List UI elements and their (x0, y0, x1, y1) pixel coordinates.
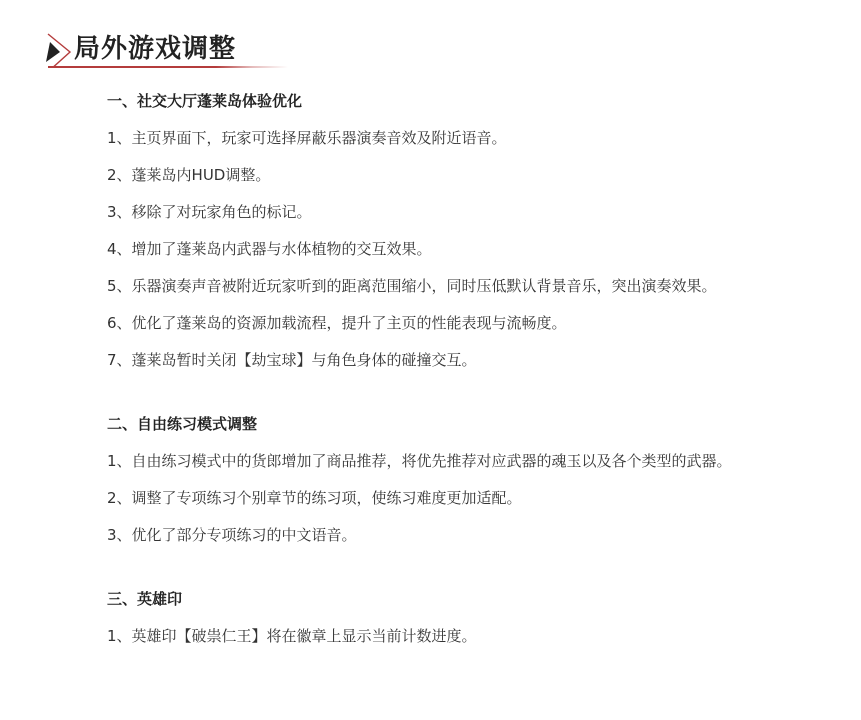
list-item: 1、英雄印【破祟仁王】将在徽章上显示当前计数进度。 (107, 623, 847, 649)
list-item: 6、优化了蓬莱岛的资源加载流程，提升了主页的性能表现与流畅度。 (107, 310, 847, 336)
section-free-practice: 二、自由练习模式调整 1、自由练习模式中的货郎增加了商品推荐，将优先推荐对应武器… (107, 411, 847, 548)
page-header: 局外游戏调整 (44, 28, 344, 70)
list-item: 3、移除了对玩家角色的标记。 (107, 199, 847, 225)
section-heading: 一、社交大厅蓬莱岛体验优化 (107, 88, 847, 114)
play-triangle-chevron-icon (44, 32, 76, 68)
section-social-lobby: 一、社交大厅蓬莱岛体验优化 1、主页界面下，玩家可选择屏蔽乐器演奏音效及附近语音… (107, 88, 847, 373)
patch-notes-content: 一、社交大厅蓬莱岛体验优化 1、主页界面下，玩家可选择屏蔽乐器演奏音效及附近语音… (107, 88, 847, 649)
list-item: 5、乐器演奏声音被附近玩家听到的距离范围缩小，同时压低默认背景音乐，突出演奏效果… (107, 273, 847, 299)
list-item: 2、调整了专项练习个别章节的练习项，使练习难度更加适配。 (107, 485, 847, 511)
list-item: 7、蓬莱岛暂时关闭【劫宝球】与角色身体的碰撞交互。 (107, 347, 847, 373)
page-title: 局外游戏调整 (74, 32, 236, 66)
list-item: 2、蓬莱岛内HUD调整。 (107, 162, 847, 188)
section-heading: 三、英雄印 (107, 586, 847, 612)
list-item: 1、主页界面下，玩家可选择屏蔽乐器演奏音效及附近语音。 (107, 125, 847, 151)
section-heading: 二、自由练习模式调整 (107, 411, 847, 437)
section-hero-seal: 三、英雄印 1、英雄印【破祟仁王】将在徽章上显示当前计数进度。 (107, 586, 847, 649)
list-item: 4、增加了蓬莱岛内武器与水体植物的交互效果。 (107, 236, 847, 262)
list-item: 3、优化了部分专项练习的中文语音。 (107, 522, 847, 548)
header-underline (48, 66, 288, 68)
list-item: 1、自由练习模式中的货郎增加了商品推荐，将优先推荐对应武器的魂玉以及各个类型的武… (107, 448, 847, 474)
